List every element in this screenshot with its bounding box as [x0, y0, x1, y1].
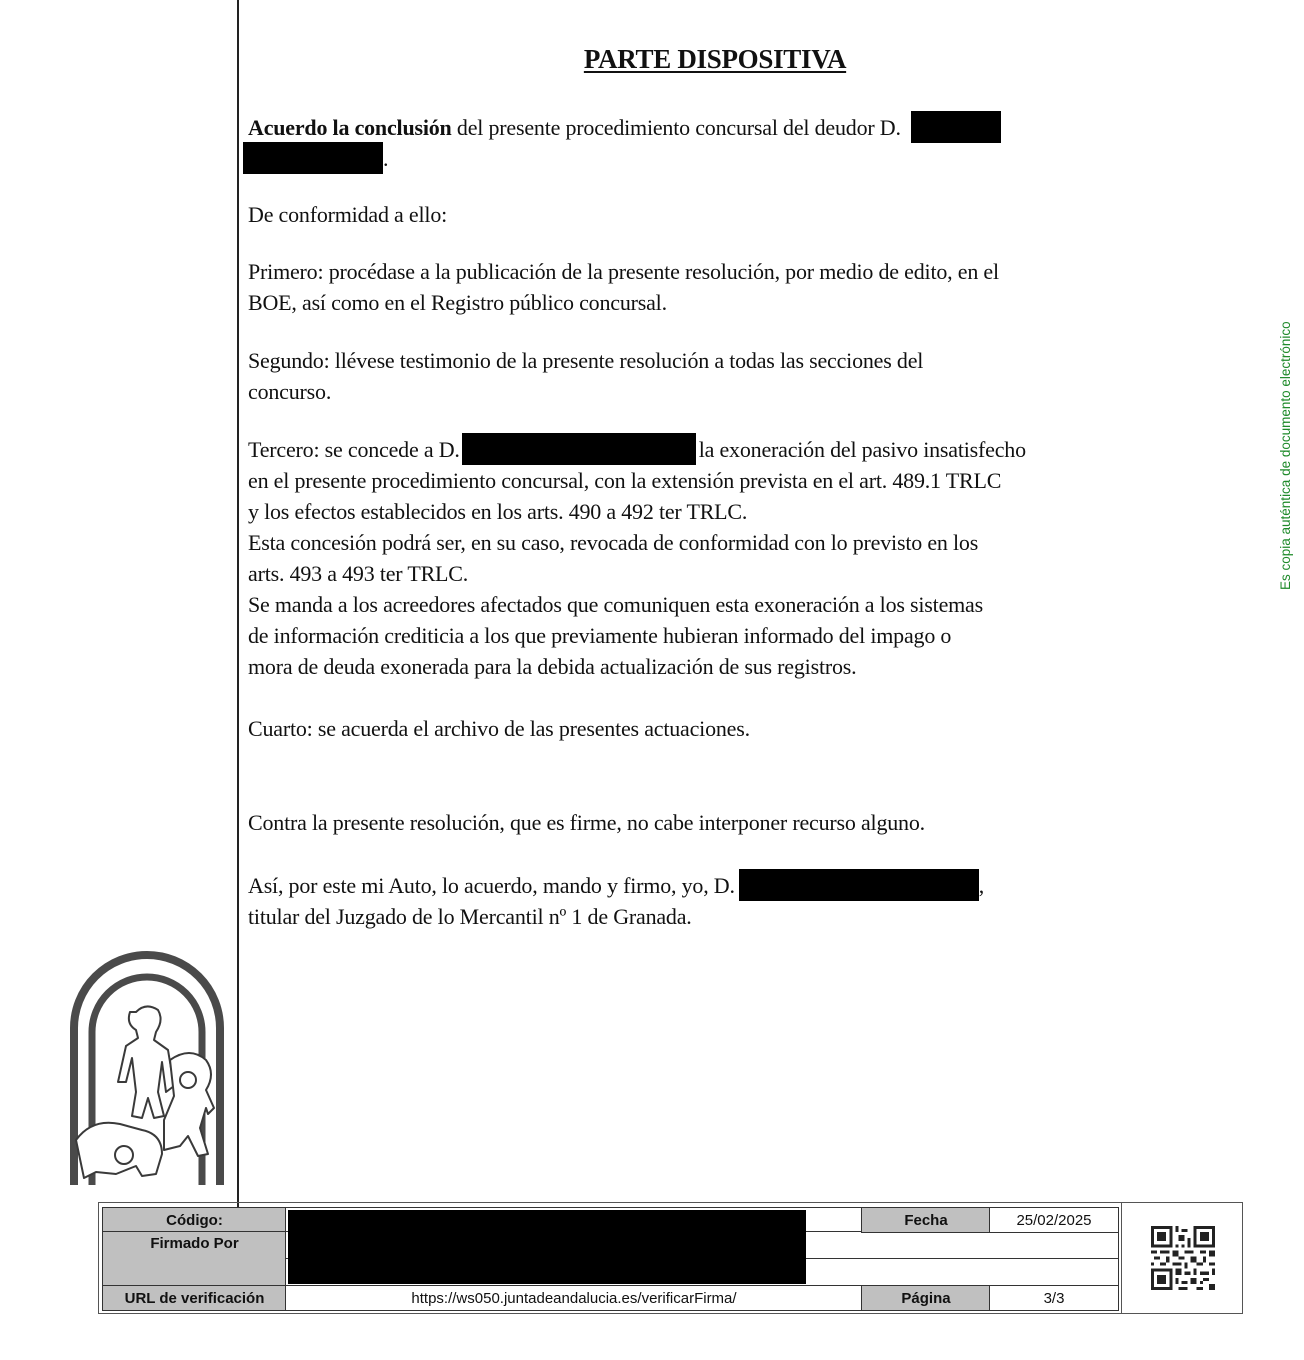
comma: ,	[979, 873, 984, 898]
paragraph-primero: Primero: procédase a la publicación de l…	[248, 256, 1148, 318]
firma-line: titular del Juzgado de lo Mercantil nº 1…	[248, 901, 1148, 932]
signature-table: Código: Firmado Por URL de verificación …	[102, 1207, 1118, 1311]
codigo-label: Código:	[102, 1207, 287, 1233]
qr-code-container	[1121, 1203, 1243, 1313]
paragraph-recurso: Contra la presente resolución, que es fi…	[248, 807, 1148, 838]
page-title: PARTE DISPOSITIVA	[240, 44, 1190, 75]
redacted-name	[243, 142, 383, 174]
pagina-value: 3/3	[989, 1285, 1119, 1311]
redacted-signature-block	[288, 1210, 806, 1284]
tercero-line: arts. 493 a 493 ter TRLC.	[248, 558, 1148, 589]
tercero-line: de información crediticia a los que prev…	[248, 620, 1148, 651]
redacted-name	[739, 869, 979, 901]
redacted-name	[911, 111, 1001, 143]
tercero-line: Esta concesión podrá ser, en su caso, re…	[248, 527, 1148, 558]
junta-de-andalucia-emblem-icon	[66, 950, 228, 1185]
tercero-line: Tercero: se concede a D.la exoneración d…	[248, 433, 1148, 465]
tercero-line: mora de deuda exonerada para la debida a…	[248, 651, 1148, 682]
acuerdo-bold: Acuerdo la conclusión	[248, 115, 452, 140]
segundo-line: concurso.	[248, 376, 1148, 407]
margin-line	[237, 0, 239, 1207]
paragraph-firma: Así, por este mi Auto, lo acuerdo, mando…	[248, 869, 1148, 932]
qr-code-icon	[1151, 1226, 1215, 1290]
fecha-value: 25/02/2025	[989, 1207, 1119, 1233]
tercero-line: y los efectos establecidos en los arts. …	[248, 496, 1148, 527]
tercero-line: en el presente procedimiento concursal, …	[248, 465, 1148, 496]
segundo-line: Segundo: llévese testimonio de la presen…	[248, 345, 1148, 376]
paragraph-acuerdo: Acuerdo la conclusión del presente proce…	[248, 111, 1148, 143]
firma-line: Así, por este mi Auto, lo acuerdo, mando…	[248, 869, 1148, 901]
authentic-copy-note: Es copia auténtica de documento electrón…	[1278, 321, 1293, 590]
redacted-name	[462, 433, 696, 465]
primero-line: Primero: procédase a la publicación de l…	[248, 256, 1148, 287]
signature-footer: Código: Firmado Por URL de verificación …	[98, 1202, 1243, 1314]
paragraph-segundo: Segundo: llévese testimonio de la presen…	[248, 345, 1148, 407]
tercero-line: Se manda a los acreedores afectados que …	[248, 589, 1148, 620]
url-value[interactable]: https://ws050.juntadeandalucia.es/verifi…	[285, 1285, 863, 1311]
firma-text: Así, por este mi Auto, lo acuerdo, mando…	[248, 873, 735, 898]
primero-line: BOE, así como en el Registro público con…	[248, 287, 1148, 318]
fecha-label: Fecha	[861, 1207, 991, 1233]
paragraph-cuarto: Cuarto: se acuerda el archivo de las pre…	[248, 713, 1148, 744]
tercero-text: la exoneración del pasivo insatisfecho	[699, 437, 1026, 462]
firmado-por-label: Firmado Por	[102, 1231, 287, 1287]
tercero-text: Tercero: se concede a D.	[248, 437, 460, 462]
acuerdo-text: del presente procedimiento concursal del…	[452, 115, 901, 140]
paragraph-conformidad: De conformidad a ello:	[248, 199, 1148, 230]
url-label: URL de verificación	[102, 1285, 287, 1311]
paragraph-tercero: Tercero: se concede a D.la exoneración d…	[248, 433, 1148, 682]
period: .	[383, 146, 388, 171]
paragraph-acuerdo-cont: .	[243, 142, 1143, 174]
pagina-label: Página	[861, 1285, 991, 1311]
